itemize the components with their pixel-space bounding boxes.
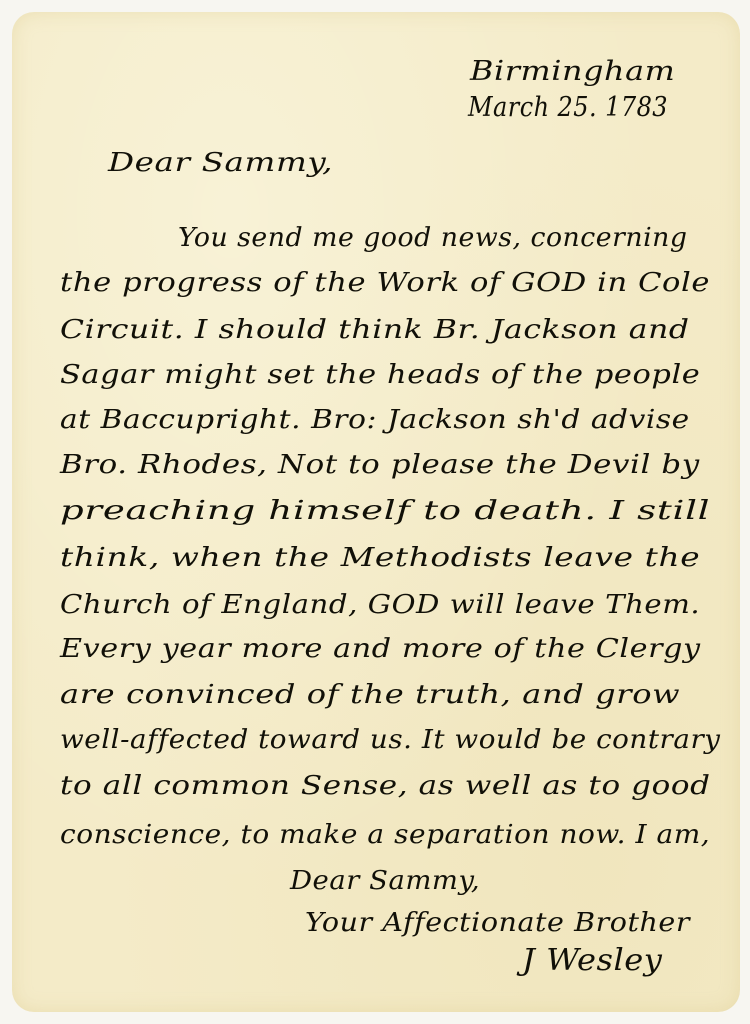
body-line: well-affected toward us. It would be con… bbox=[60, 727, 720, 753]
letter-page: Birmingham March 25. 1783 Dear Sammy, Yo… bbox=[0, 0, 750, 1024]
signature: J Wesley bbox=[522, 946, 662, 976]
body-line: conscience, to make a separation now. I … bbox=[60, 822, 710, 848]
body-line: Every year more and more of the Clergy bbox=[60, 636, 701, 662]
closing-valediction: Your Affectionate Brother bbox=[305, 910, 690, 936]
letter-place: Birmingham bbox=[470, 58, 675, 85]
body-line: are convinced of the truth, and grow bbox=[60, 682, 680, 708]
closing-salutation: Dear Sammy, bbox=[290, 868, 480, 894]
salutation: Dear Sammy, bbox=[108, 150, 333, 176]
body-line: You send me good news, concerning bbox=[178, 225, 688, 251]
body-line: to all common Sense, as well as to good bbox=[60, 773, 711, 799]
body-line: preaching himself to death. I still bbox=[60, 498, 710, 524]
body-line: Church of England, GOD will leave Them. bbox=[60, 592, 700, 618]
body-line: think, when the Methodists leave the bbox=[60, 545, 700, 571]
letter-date: March 25. 1783 bbox=[468, 94, 668, 121]
body-line: at Baccupright. Bro: Jackson sh'd advise bbox=[60, 407, 690, 433]
body-line: the progress of the Work of GOD in Cole bbox=[60, 270, 710, 296]
body-line: Bro. Rhodes, Not to please the Devil by bbox=[60, 452, 700, 478]
body-line: Sagar might set the heads of the people bbox=[60, 362, 700, 388]
body-line: Circuit. I should think Br. Jackson and bbox=[60, 317, 690, 343]
